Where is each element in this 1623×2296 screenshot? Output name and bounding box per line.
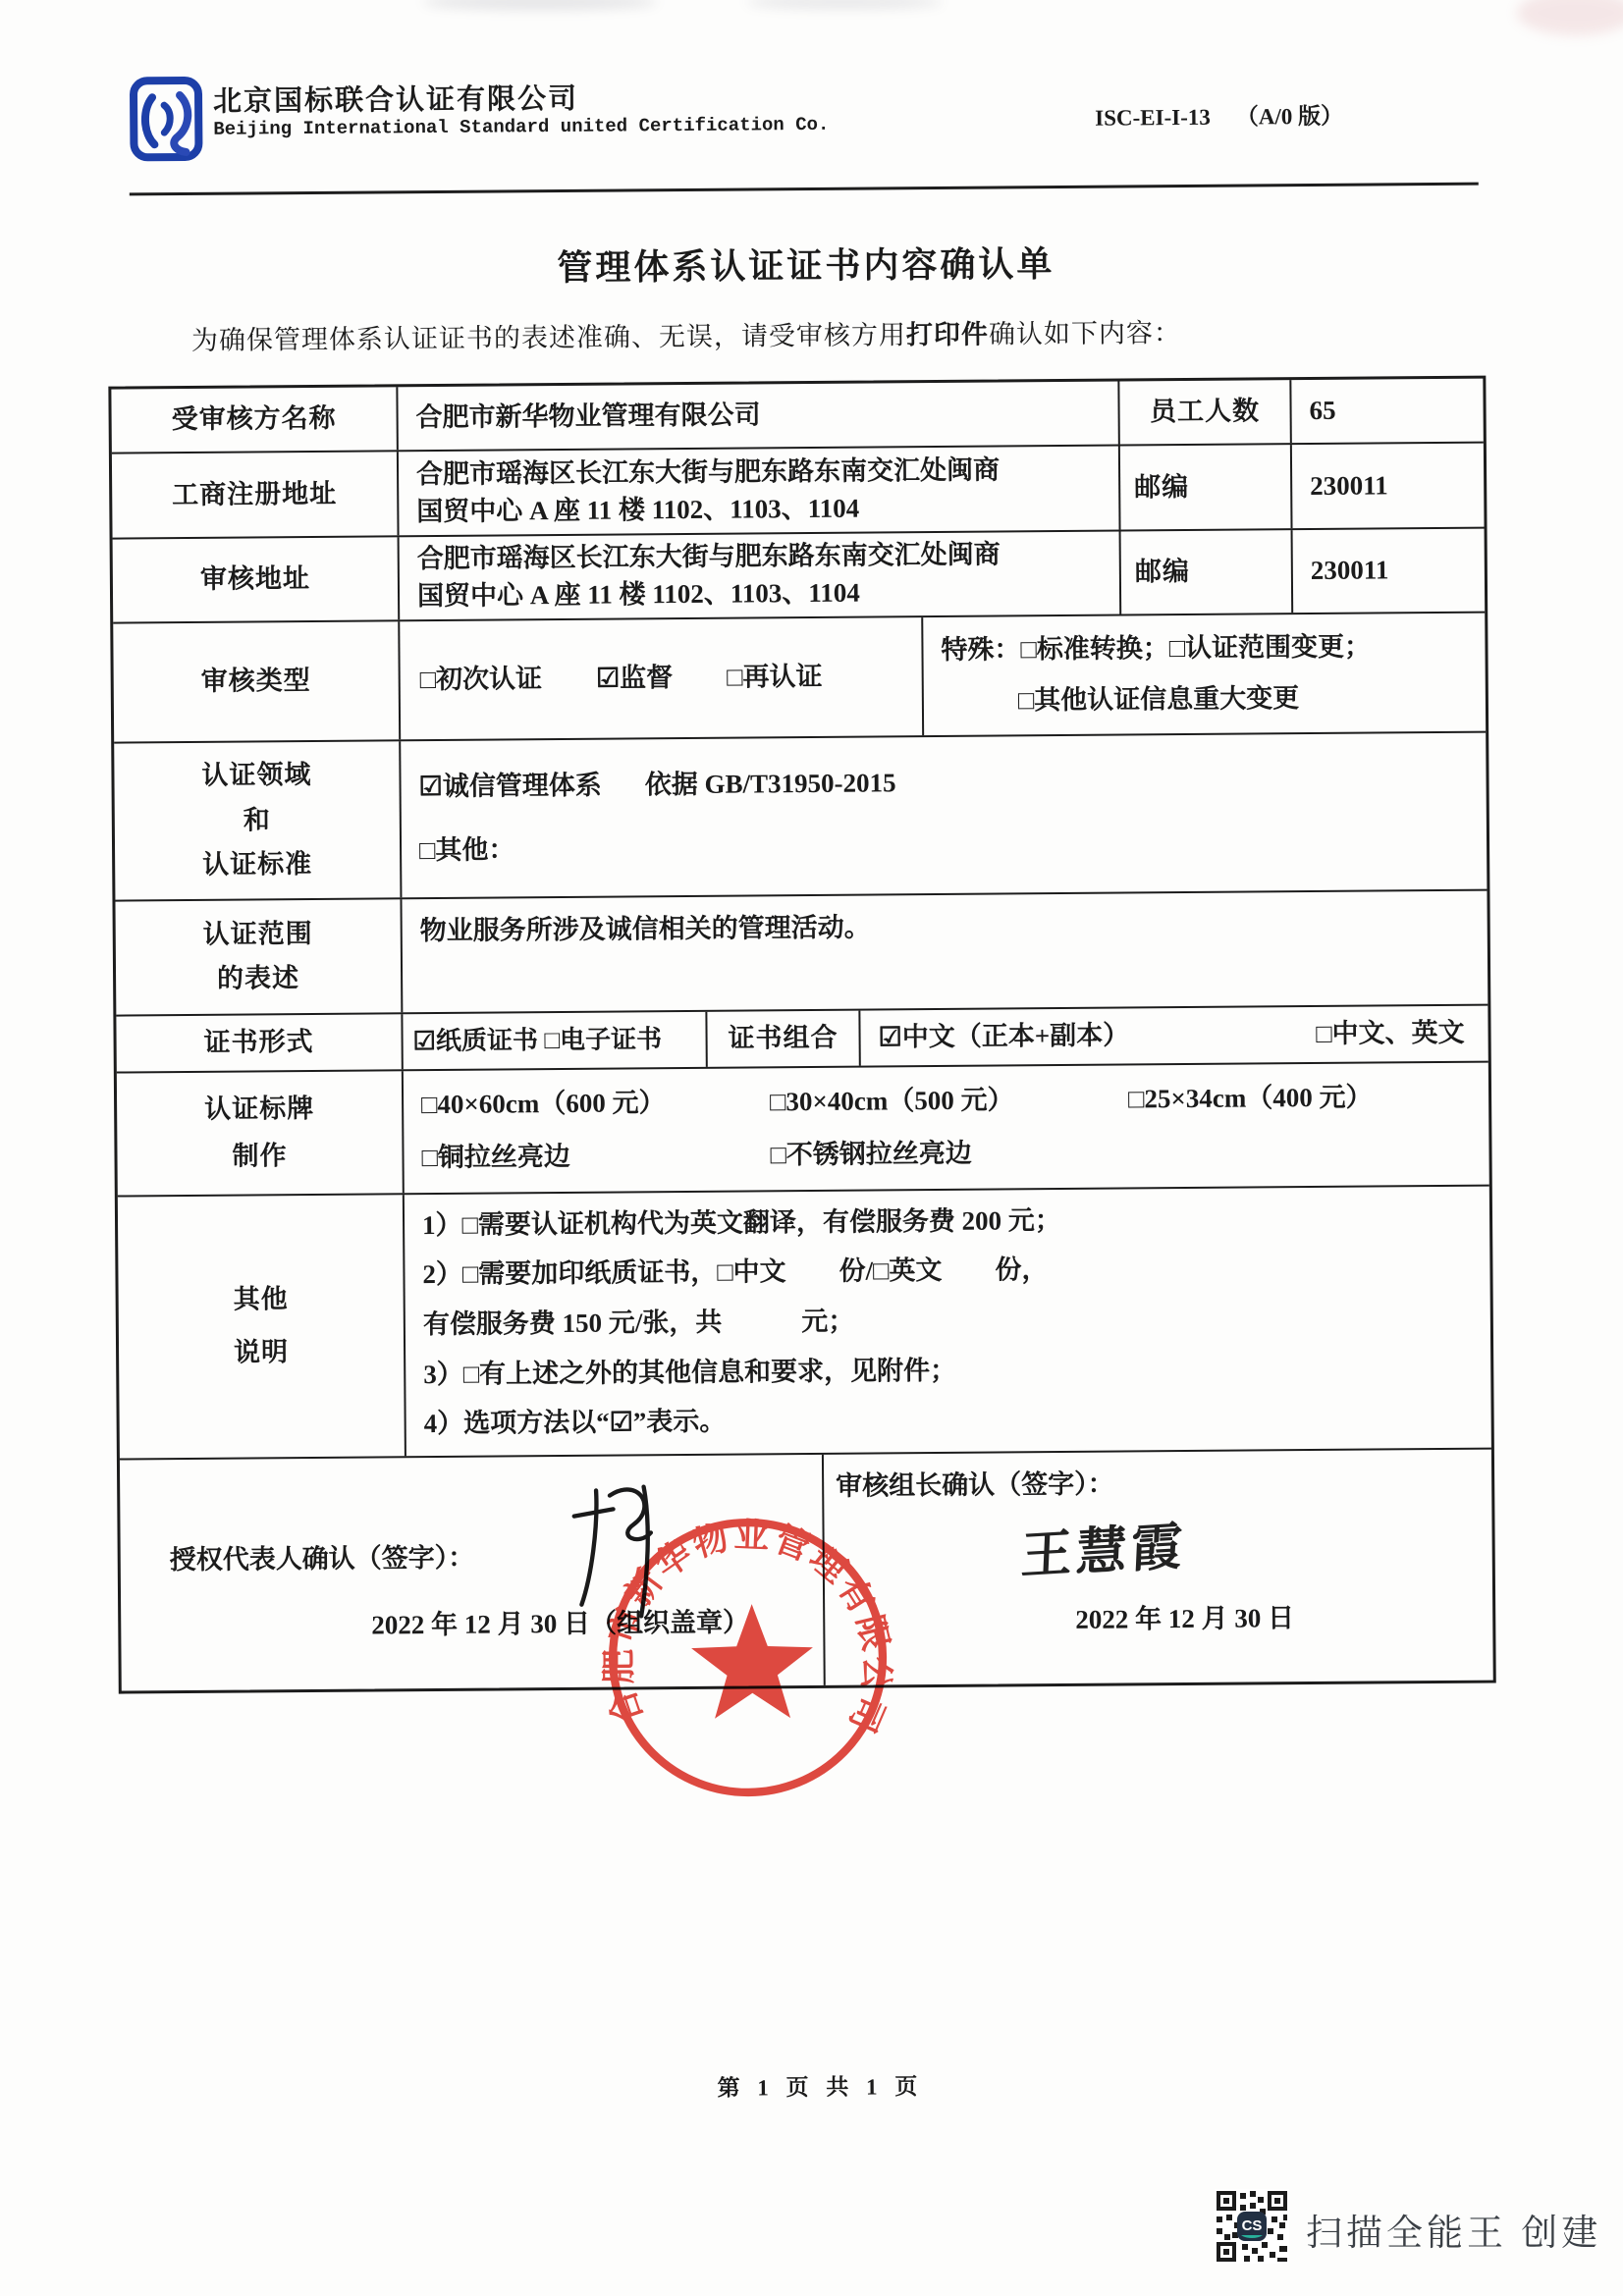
row-certification-field: 认证领域 和 认证标准 ☑诚信管理体系依据 GB/T31950-2015 □其他…	[114, 731, 1487, 900]
zip-value-2: 230011	[1291, 529, 1486, 614]
special-options-line2: □其他认证信息重大变更	[1018, 679, 1486, 721]
row-audit-type: 审核类型 □初次认证 ☑监督 □再认证 特殊：□标准转换；□认证范围变更； □其…	[113, 612, 1486, 742]
plaque-label: 认证标牌 制作	[117, 1071, 403, 1195]
intro-pre: 为确保管理体系认证证书的表述准确、无误，请受审核方用	[191, 320, 906, 355]
page-title: 管理体系认证证书内容确认单	[0, 233, 1618, 295]
certification-scope-value: 物业服务所涉及诚信相关的管理活动。	[400, 891, 1488, 1013]
audit-type-special-options: 特殊：□标准转换；□认证范围变更； □其他认证信息重大变更	[921, 614, 1486, 736]
special-options-line1: 特殊：□标准转换；□认证范围变更；	[941, 627, 1485, 668]
other-note-item-4: 4）选项方法以“☑”表示。	[424, 1398, 1491, 1443]
audit-team-leader-date: 2022 年 12 月 30 日	[1075, 1600, 1294, 1639]
checkbox-option-integrity-system: ☑诚信管理体系	[418, 770, 601, 800]
audit-type-label: 审核类型	[113, 621, 399, 741]
other-notes-label-line1: 其他	[234, 1281, 289, 1318]
doc-code-number: ISC-EI-I-13	[1095, 105, 1211, 131]
intro-post: 确认如下内容：	[989, 318, 1181, 349]
other-note-item-2b: 有偿服务费 150 元/张，共 元；	[423, 1299, 1490, 1344]
document-code: ISC-EI-I-13（A/0 版）	[1095, 98, 1369, 133]
cert-field-line1: ☑诚信管理体系依据 GB/T31950-2015	[418, 760, 1486, 805]
registered-address-value: 合肥市瑶海区长江东大街与肥东路东南交汇处闽商 国贸中心 A 座 11 楼 110…	[397, 447, 1119, 536]
plaque-options-line2: □铜拉丝亮边□不锈钢拉丝亮边	[421, 1132, 1488, 1177]
row-certificate-form: 证书形式 ☑纸质证书 □电子证书 证书组合 ☑中文（正本+副本） □中文、英文	[116, 1004, 1488, 1072]
row-plaque: 认证标牌 制作 □40×60cm（600 元）□30×40cm（500 元）□2…	[117, 1061, 1489, 1196]
camscanner-watermark-text: 扫描全能王 创建	[1306, 2203, 1601, 2256]
other-notes-label: 其他 说明	[118, 1195, 405, 1458]
checkbox-option-plaque-25x34: □25×34cm（400 元）	[1128, 1083, 1373, 1114]
checkbox-option-brass-edge: □铜拉丝亮边	[421, 1137, 770, 1177]
certification-company-logo-icon	[129, 76, 204, 163]
row-auditee: 受审核方名称 合肥市新华物业管理有限公司 员工人数 65	[111, 379, 1483, 453]
zip-label-1: 邮编	[1118, 445, 1291, 529]
plaque-label-line2: 制作	[232, 1139, 287, 1176]
audit-team-leader-label: 审核组长确认（签字）：	[836, 1467, 1114, 1506]
company-name-en: Beijing International Standard united Ce…	[213, 114, 829, 140]
audit-address-value: 合肥市瑶海区长江东大街与肥东路东南交汇处闽商 国贸中心 A 座 11 楼 110…	[398, 532, 1120, 620]
audit-type-options: □初次认证 ☑监督 □再认证	[398, 617, 922, 739]
certification-field-label: 认证领域 和 认证标准	[114, 741, 400, 899]
auditee-label: 受审核方名称	[111, 387, 396, 452]
doc-code-version: （A/0 版）	[1236, 104, 1343, 130]
checkbox-option-plaque-40x60: □40×60cm（600 元）	[421, 1084, 770, 1124]
other-note-item-3: 3）□有上述之外的其他信息和要求，见附件；	[423, 1348, 1490, 1393]
auditee-value: 合肥市新华物业管理有限公司	[396, 382, 1117, 451]
other-note-item-1: 1）□需要认证机构代为英文翻译，有偿服务费 200 元；	[422, 1199, 1489, 1244]
cert-field-label-line3: 认证标准	[202, 846, 312, 884]
page-number: 第 1 页 共 1 页	[9, 2062, 1623, 2108]
row-registered-address: 工商注册地址 合肥市瑶海区长江东大街与肥东路东南交汇处闽商 国贸中心 A 座 1…	[112, 442, 1485, 538]
other-notes-label-line2: 说明	[234, 1334, 289, 1371]
certification-field-options: ☑诚信管理体系依据 GB/T31950-2015 □其他：	[399, 733, 1487, 898]
checkbox-option-recertification: □再认证	[727, 659, 823, 697]
cert-scope-label-line1: 认证范围	[203, 916, 313, 954]
confirmation-form-table: 受审核方名称 合肥市新华物业管理有限公司 员工人数 65 工商注册地址 合肥市瑶…	[108, 376, 1495, 1694]
checkbox-option-stainless-edge: □不锈钢拉丝亮边	[770, 1139, 972, 1170]
certificate-combo-label: 证书组合	[705, 1011, 858, 1067]
checkbox-option-chinese-english: □中文、英文	[1316, 1015, 1465, 1053]
staff-count-value: 65	[1289, 379, 1483, 444]
cert-field-label-line1: 认证领域	[201, 757, 311, 795]
checkbox-option-initial-certification: □初次认证	[420, 661, 543, 699]
audit-team-leader-signature: 王慧霞	[1019, 1512, 1187, 1593]
scanned-document-page: 北京国标联合认证有限公司 Beijing International Stand…	[0, 0, 1623, 2296]
certificate-form-label: 证书形式	[116, 1014, 401, 1071]
cert-scope-label-line2: 的表述	[217, 960, 299, 997]
other-notes-items: 1）□需要认证机构代为英文翻译，有偿服务费 200 元； 2）□需要加印纸质证书…	[403, 1187, 1491, 1457]
intro-bold: 打印件	[906, 320, 989, 350]
company-name-cn: 北京国标联合认证有限公司	[213, 77, 578, 120]
cert-field-basis: 依据 GB/T31950-2015	[645, 768, 896, 799]
checkbox-option-chinese-original-copy: ☑中文（正本+副本）	[878, 1018, 1129, 1057]
plaque-options-line1: □40×60cm（600 元）□30×40cm（500 元）□25×34cm（4…	[421, 1079, 1488, 1124]
other-note-item-2: 2）□需要加印纸质证书，□中文 份/□英文 份，	[422, 1249, 1489, 1294]
authorized-representative-label: 授权代表人确认（签字）：	[170, 1540, 475, 1579]
cert-field-label-line2: 和	[243, 802, 271, 839]
audit-team-leader-signoff-cell: 审核组长确认（签字）： 王慧霞 2022 年 12 月 30 日	[822, 1450, 1493, 1685]
camscanner-qr-code-icon: CS	[1215, 2189, 1289, 2264]
zip-label-2: 邮编	[1119, 530, 1292, 614]
certificate-form-options: ☑纸质证书 □电子证书	[401, 1012, 705, 1069]
row-audit-address: 审核地址 合肥市瑶海区长江东大街与肥东路东南交汇处闽商 国贸中心 A 座 11 …	[113, 527, 1486, 622]
plaque-label-line1: 认证标牌	[204, 1091, 314, 1129]
certification-scope-label: 认证范围 的表述	[115, 899, 401, 1014]
plaque-options: □40×60cm（600 元）□30×40cm（500 元）□25×34cm（4…	[402, 1063, 1489, 1194]
checkbox-option-plaque-30x40: □30×40cm（500 元）	[770, 1082, 1128, 1122]
row-certification-scope: 认证范围 的表述 物业服务所涉及诚信相关的管理活动。	[115, 889, 1488, 1015]
registered-address-label: 工商注册地址	[112, 452, 398, 537]
document-content: 北京国标联合认证有限公司 Beijing International Stand…	[0, 0, 1623, 2296]
header-divider	[130, 183, 1479, 196]
company-seal-stamp: 合肥市新华物业管理有限公司	[598, 1508, 896, 1806]
row-other-notes: 其他 说明 1）□需要认证机构代为英文翻译，有偿服务费 200 元； 2）□需要…	[118, 1185, 1491, 1459]
intro-line: 为确保管理体系认证证书的表述准确、无误，请受审核方用打印件确认如下内容：	[191, 311, 1181, 357]
zip-value-1: 230011	[1290, 444, 1485, 529]
seal-star-icon	[691, 1604, 814, 1719]
qr-cs-badge: CS	[1242, 2217, 1263, 2234]
audit-address-label: 审核地址	[113, 537, 399, 621]
certificate-combo-options: ☑中文（正本+副本） □中文、英文	[858, 1006, 1488, 1066]
checkbox-option-surveillance: ☑监督	[596, 660, 674, 697]
staff-count-label: 员工人数	[1117, 380, 1289, 444]
checkbox-option-other-standard: □其他：	[419, 825, 1487, 870]
